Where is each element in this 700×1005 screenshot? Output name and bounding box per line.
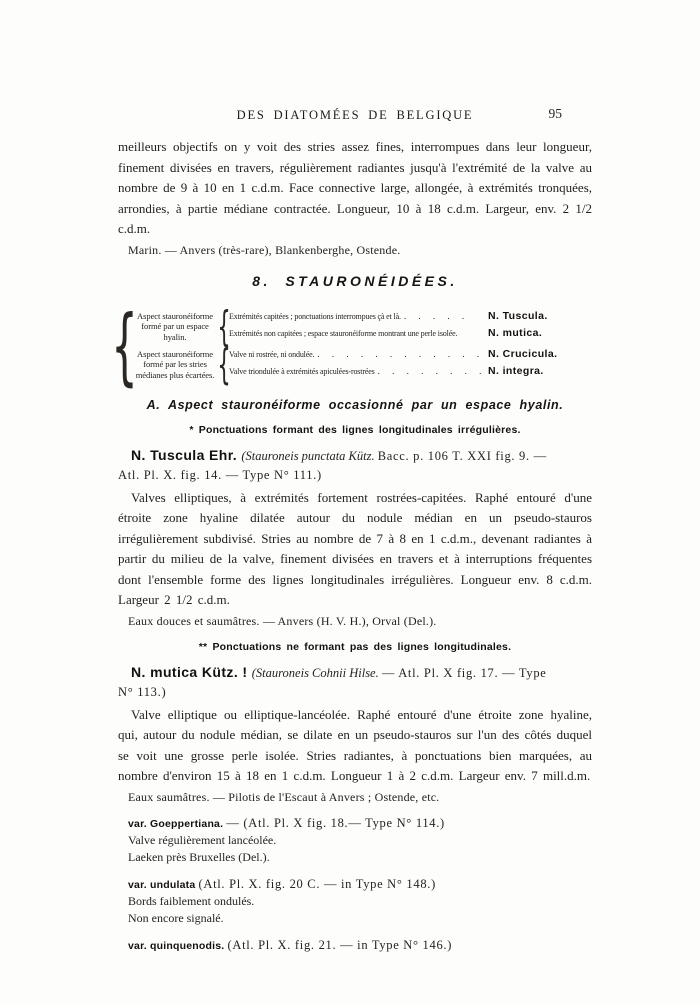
key-group-hyalin: Aspect stauronéiforme formé par un espac… (131, 309, 592, 345)
dot-leader: . . . . . . . . (378, 366, 488, 376)
mutica-habitat-line: Eaux saumâtres. — Pilotis de l'Escaut à … (118, 789, 592, 805)
variety-locality-line: Laeken près Bruxelles (Del.). (118, 850, 592, 866)
section-heading: 8. STAURONÉIDÉES. (118, 273, 592, 289)
outer-brace-icon: { (121, 309, 128, 383)
variety-description-line: Valve régulièrement lancéolée. (118, 833, 592, 849)
species-heading-tuscula: N. Tuscula Ehr. (Stauroneis punctata Küt… (118, 446, 592, 486)
variety-label: var. undulata (128, 879, 195, 891)
key-row-crucicula: Valve ni rostrée, ni ondulée. . . . . . … (229, 348, 592, 365)
key-groups: Aspect stauronéiforme formé par un espac… (131, 309, 592, 383)
species-heading-line2: Atl. Pl. X. fig. 14. — Type N° 111.) (118, 466, 592, 486)
variety-heading-undulata: var. undulata (Atl. Pl. X. fig. 20 C. — … (118, 876, 592, 893)
key-row-species: N. Crucicula. (488, 348, 592, 360)
subsection-a-heading: A. Aspect stauronéiforme occasionné par … (118, 398, 592, 412)
variety-description-line: Bords faiblement ondulés. (118, 894, 592, 910)
variety-reference: (Atl. Pl. X. fig. 21. — in Type N° 146.) (228, 938, 453, 952)
intro-paragraph: meilleurs objectifs on y voit des stries… (118, 137, 592, 240)
mutica-description: Valve elliptique ou elliptique-lancéolée… (118, 705, 592, 787)
variety-reference: — (Atl. Pl. X fig. 18.— Type N° 114.) (226, 816, 445, 830)
key-group-label: Aspect stauronéiforme formé par les stri… (131, 349, 219, 381)
key-row-mutica: Extrémités non capitées ; espace stauron… (229, 327, 592, 344)
variety-label: var. quinquenodis. (128, 940, 224, 952)
species-synonym: (Stauroneis punctata Kütz. (241, 449, 377, 463)
species-reference: Bacc. p. 106 T. XXI fig. 9. — (378, 449, 547, 463)
species-heading-line1: N. mutica Kütz. ! (Stauroneis Cohnii Hil… (118, 663, 592, 684)
key-row-species: N. integra. (488, 365, 592, 377)
species-name: N. Tuscula Ehr. (131, 447, 241, 463)
dot-leader: . . . . . (404, 311, 488, 321)
tuscula-description: Valves elliptiques, à extrémités forteme… (118, 488, 592, 611)
species-heading-mutica: N. mutica Kütz. ! (Stauroneis Cohnii Hil… (118, 663, 592, 703)
key-row-species: N. mutica. (488, 327, 592, 339)
species-heading-line2: N° 113.) (118, 683, 592, 703)
page-number: 95 (549, 106, 563, 122)
tuscula-habitat-line: Eaux douces et saumâtres. — Anvers (H. V… (118, 613, 592, 629)
variety-heading-goeppertiana: var. Goeppertiana. — (Atl. Pl. X fig. 18… (118, 815, 592, 832)
key-row-integra: Valve triondulée à extrémités apiculées-… (229, 365, 592, 382)
key-group-stries: Aspect stauronéiforme formé par les stri… (131, 347, 592, 383)
key-group-label: Aspect stauronéiforme formé par un espac… (131, 311, 219, 343)
key-rows: Valve ni rostrée, ni ondulée. . . . . . … (229, 348, 592, 382)
species-reference: — Atl. Pl. X fig. 17. — Type (382, 666, 547, 680)
variety-reference: (Atl. Pl. X. fig. 20 C. — in Type N° 148… (199, 877, 436, 891)
key-rows: Extrémités capitées ; ponctuations inter… (229, 310, 592, 344)
species-heading-line1: N. Tuscula Ehr. (Stauroneis punctata Küt… (118, 446, 592, 467)
key-row-species: N. Tuscula. (488, 310, 592, 322)
inner-brace-icon: { (222, 340, 227, 389)
running-head-title: DES DIATOMÉES DE BELGIQUE (237, 108, 474, 122)
species-synonym: (Stauroneis Cohnii Hilse. (252, 666, 382, 680)
key-row-description: Valve triondulée à extrémités apiculées-… (229, 367, 375, 376)
book-page-scan: DES DIATOMÉES DE BELGIQUE 95 meilleurs o… (0, 0, 700, 1005)
dot-leader: . . . . . . . . . . . . (317, 349, 488, 359)
key-row-description: Extrémités capitées ; ponctuations inter… (229, 312, 401, 321)
key-row-description: Extrémités non capitées ; espace stauron… (229, 329, 457, 338)
star-group-heading-1: * Ponctuations formant des lignes longit… (118, 424, 592, 436)
dichotomous-key: { Aspect stauronéiforme formé par un esp… (118, 309, 592, 383)
page-content: DES DIATOMÉES DE BELGIQUE 95 meilleurs o… (118, 106, 592, 954)
variety-locality-line: Non encore signalé. (118, 911, 592, 927)
species-name: N. mutica Kütz. ! (131, 664, 252, 680)
key-row-description: Valve ni rostrée, ni ondulée. (229, 350, 314, 359)
star-group-heading-2: ** Ponctuations ne formant pas des ligne… (118, 641, 592, 653)
variety-label: var. Goeppertiana. (128, 818, 223, 830)
running-head: DES DIATOMÉES DE BELGIQUE 95 (118, 106, 592, 124)
key-row-tuscula: Extrémités capitées ; ponctuations inter… (229, 310, 592, 327)
variety-heading-quinquenodis: var. quinquenodis. (Atl. Pl. X. fig. 21.… (118, 937, 592, 954)
intro-habitat-line: Marin. — Anvers (très-rare), Blankenberg… (118, 242, 592, 258)
